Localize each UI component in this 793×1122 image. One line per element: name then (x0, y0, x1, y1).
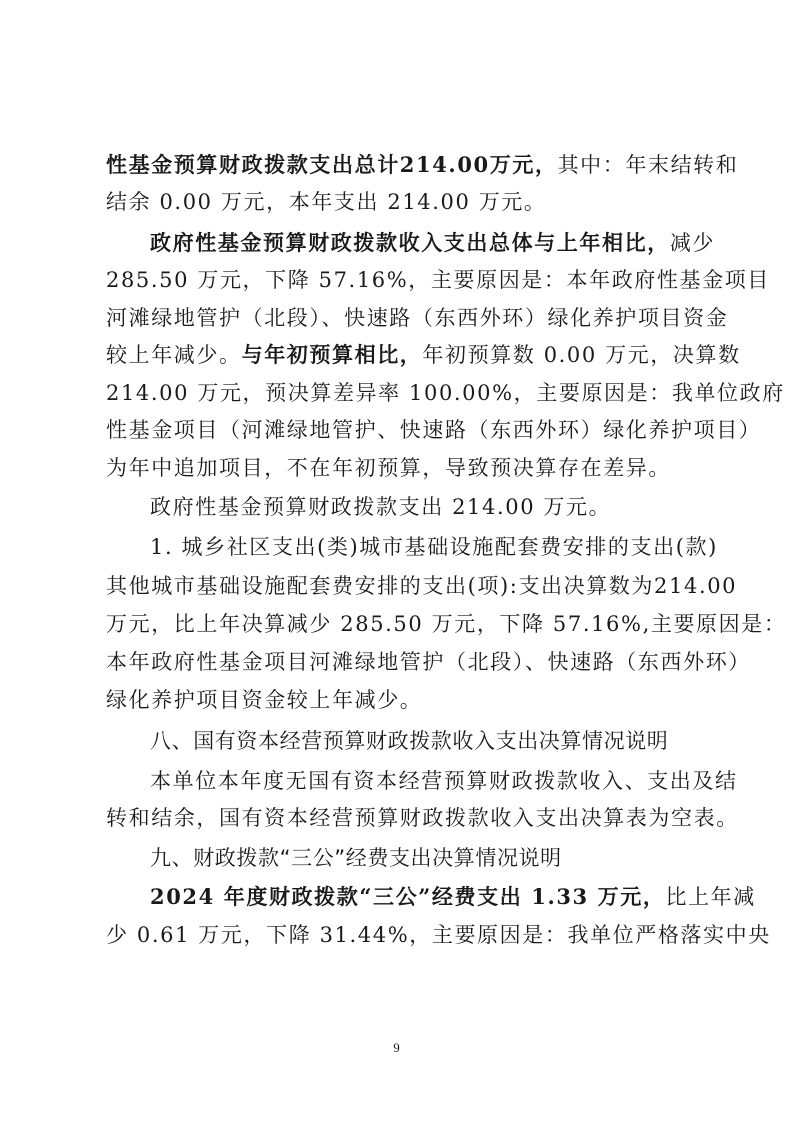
text-line: 较上年减少。与年初预算相比，年初预算数 0.00 万元，决算数 (106, 342, 690, 368)
body-text: 为年中追加项目，不在年初预算，导致预决算存在差异。 (106, 456, 671, 480)
text-line: 绿化养护项目资金较上年减少。 (106, 687, 690, 713)
section-heading: 八、国有资本经营预算财政拨款收入支出决算情况说明 (150, 728, 690, 754)
body-text: 285.50 万元，下降 57.16%，主要原因是：本年政府性基金项目 (106, 268, 770, 292)
bold-text: 2024 年度财政拨款“三公”经费支出 1.33 万元， (150, 884, 665, 909)
text-line: 河滩绿地管护（北段）、快速路（东西外环）绿化养护项目资金 (106, 305, 690, 331)
text-line: 285.50 万元，下降 57.16%，主要原因是：本年政府性基金项目 (106, 267, 690, 293)
body-text: 年初预算数 0.00 万元，决算数 (422, 343, 740, 367)
body-text: 河滩绿地管护（北段）、快速路（东西外环）绿化养护项目资金 (106, 306, 728, 330)
bold-text: 政府性基金预算财政拨款收入支出总体与上年相比， (150, 230, 670, 255)
section-heading: 九、财政拨款“三公”经费支出决算情况说明 (150, 845, 690, 871)
body-text: 结余 0.00 万元，本年支出 214.00 万元。 (106, 190, 547, 214)
text-line: 政府性基金预算财政拨款收入支出总体与上年相比，减少 (150, 230, 690, 256)
body-text: 比上年减 (665, 885, 755, 909)
body-text: 绿化养护项目资金较上年减少。 (106, 688, 422, 712)
body-text: 其他城市基础设施配套费安排的支出(项):支出决算数为214.00 (106, 574, 737, 598)
bold-text: 与年初预算相比， (242, 342, 423, 367)
body-text: 政府性基金预算财政拨款支出 214.00 万元。 (150, 495, 611, 519)
text-line: 本单位本年度无国有资本经营预算财政拨款收入、支出及结 (150, 768, 690, 794)
body-text: 转和结余，国有资本经营预算财政拨款收入支出决算表为空表。 (106, 806, 739, 830)
body-text: 较上年减少。 (106, 343, 242, 367)
page-number: 9 (0, 1040, 793, 1056)
text-line: 为年中追加项目，不在年初预算，导致预决算存在差异。 (106, 455, 690, 481)
body-text: 本单位本年度无国有资本经营预算财政拨款收入、支出及结 (150, 769, 738, 793)
text-line: 少 0.61 万元，下降 31.44%，主要原因是：我单位严格落实中央 (106, 922, 690, 948)
text-line: 2024 年度财政拨款“三公”经费支出 1.33 万元，比上年减 (150, 884, 690, 910)
document-page: 性基金预算财政拨款支出总计214.00万元，其中：年末结转和 结余 0.00 万… (0, 0, 793, 1122)
text-line: 性基金预算财政拨款支出总计214.00万元，其中：年末结转和 (106, 152, 690, 178)
body-text: 214.00 万元，预决算差异率 100.00%，主要原因是：我单位政府 (106, 381, 785, 405)
text-line: 1. 城乡社区支出(类)城市基础设施配套费安排的支出(款) (150, 534, 690, 560)
text-line: 本年政府性基金项目河滩绿地管护（北段）、快速路（东西外环） (106, 649, 690, 675)
text-line: 万元，比上年决算减少 285.50 万元，下降 57.16%,主要原因是： (106, 611, 690, 637)
bold-text: 性基金预算财政拨款支出总计214.00万元， (106, 152, 558, 177)
body-text: 减少 (670, 231, 715, 255)
text-line: 性基金项目（河滩绿地管护、快速路（东西外环）绿化养护项目） (106, 417, 690, 443)
text-line: 214.00 万元，预决算差异率 100.00%，主要原因是：我单位政府 (106, 380, 690, 406)
text-line: 政府性基金预算财政拨款支出 214.00 万元。 (150, 494, 690, 520)
body-text: 1. 城乡社区支出(类)城市基础设施配套费安排的支出(款) (150, 535, 718, 559)
body-text: 性基金项目（河滩绿地管护、快速路（东西外环）绿化养护项目） (106, 418, 761, 442)
body-text: 本年政府性基金项目河滩绿地管护（北段）、快速路（东西外环） (106, 650, 751, 674)
text-line: 其他城市基础设施配套费安排的支出(项):支出决算数为214.00 (106, 573, 690, 599)
text-line: 结余 0.00 万元，本年支出 214.00 万元。 (106, 189, 690, 215)
body-text: 少 0.61 万元，下降 31.44%，主要原因是：我单位严格落实中央 (106, 923, 771, 947)
text-line: 转和结余，国有资本经营预算财政拨款收入支出决算表为空表。 (106, 805, 690, 831)
body-text: 其中：年末结转和 (558, 153, 739, 177)
body-text: 万元，比上年决算减少 285.50 万元，下降 57.16%,主要原因是： (106, 612, 786, 636)
